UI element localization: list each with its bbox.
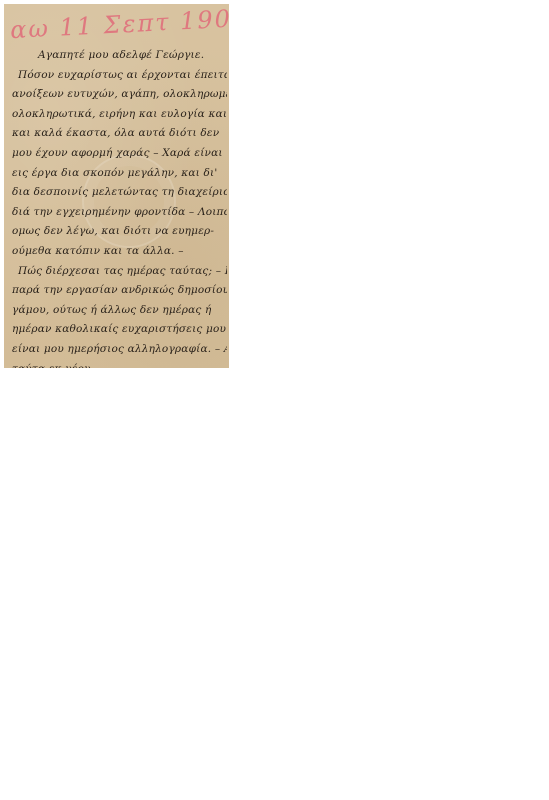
text-line: ημέραν καθολικαίς ευχαριστήσεις μου bbox=[12, 320, 227, 340]
text-line: και καλά έκαστα, όλα αυτά διότι δεν bbox=[12, 124, 227, 144]
text-line: δια δεσποινίς μελετώντας τη διαχείριση bbox=[12, 183, 227, 203]
page: αω 11 Σεπτ 1904 Αγαπητέ μου αδελφέ Γεώργ… bbox=[0, 0, 549, 800]
salutation-line: Αγαπητέ μου αδελφέ Γεώργιε. bbox=[12, 46, 227, 66]
letter-body: Αγαπητέ μου αδελφέ Γεώργιε. Πόσον ευχαρί… bbox=[12, 46, 227, 368]
handwritten-letter-scan: αω 11 Σεπτ 1904 Αγαπητέ μου αδελφέ Γεώργ… bbox=[4, 4, 229, 368]
text-line: ούμεθα κατόπιν και τα άλλα. – bbox=[12, 242, 227, 262]
text-line: εις έργα δια σκοπόν μεγάλην, και δι' bbox=[12, 164, 227, 184]
text-line: ολοκληρωτικά, ειρήνη και ευλογία και ιδι… bbox=[12, 105, 227, 125]
text-line: παρά την εργασίαν ανδρικώς δημοσίου εν- bbox=[12, 281, 227, 301]
red-date-annotation: αω 11 Σεπτ 1904 bbox=[9, 4, 229, 44]
text-line: γάμου, ούτως ή άλλως δεν ημέρας ή bbox=[12, 301, 227, 321]
text-line: διά την εγχειρημένην φροντίδα – Λοιπόν bbox=[12, 203, 227, 223]
text-line: είναι μου ημερήσιος αλληλογραφία. – Αυτά bbox=[12, 340, 227, 360]
text-line: Πόσον ευχαρίστως αι έρχονται έπειτα bbox=[12, 66, 227, 86]
text-line: ανοίξεων ευτυχών, αγάπη, ολοκληρωμένα, bbox=[12, 85, 227, 105]
text-line: μου έχουν αφορμή χαράς – Χαρά είναι bbox=[12, 144, 227, 164]
text-line: ταύτα εκ νέου. – bbox=[12, 360, 227, 369]
text-line: ομως δεν λέγω, και διότι να ευημερ- bbox=[12, 222, 227, 242]
text-line: Πώς διέρχεσαι τας ημέρας ταύτας; – Εγώ bbox=[12, 262, 227, 282]
